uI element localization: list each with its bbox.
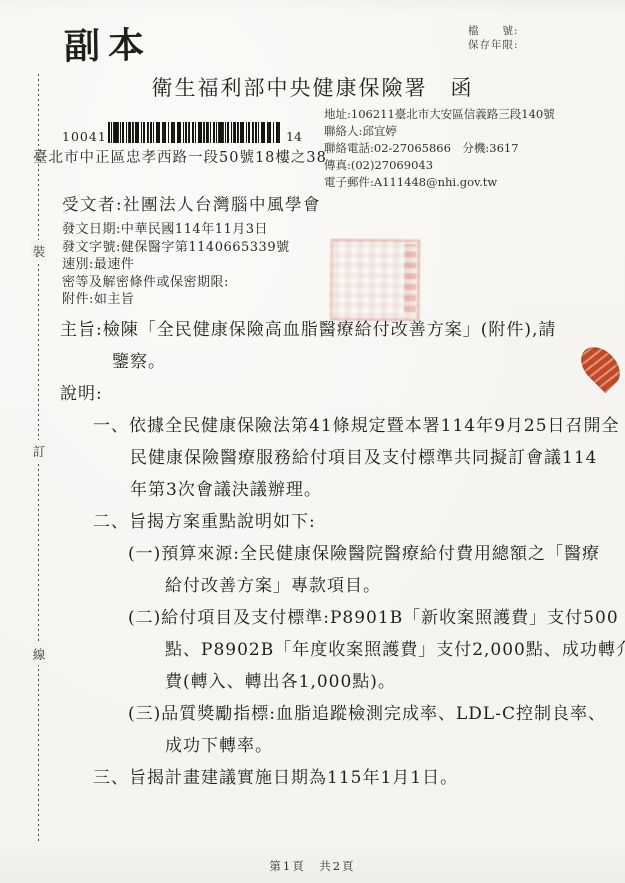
page-number-footer: 第1頁 共2頁 — [0, 858, 625, 874]
scanned-letter-page: 裝 訂 線 副本 檔 號: 保存年限: 衛生福利部中央健康保險署 函 地址:10… — [0, 0, 625, 883]
document-meta-line: 發文日期:中華民國114年11月3日 — [62, 221, 290, 239]
document-title: 衛生福利部中央健康保險署 函 — [0, 72, 625, 102]
body-line: 費(轉入、轉出各1,000點)。 — [165, 666, 625, 698]
body-line: (一)預算來源:全民健康保險醫院醫療給付費用總額之「醫療 — [128, 538, 625, 570]
body-lines: 主旨:檢陳「全民健康保險高血脂醫療給付改善方案」(附件),請鑒察。說明:一、依據… — [0, 314, 625, 794]
sender-contact-line: 地址:106211臺北市大安區信義路三段140號 — [324, 106, 555, 123]
body-line: (三)品質獎勵指標:血脂追蹤檢測完成率、LDL-C控制良率、 — [128, 698, 625, 730]
retention-period-label: 保存年限: — [468, 38, 519, 52]
document-meta-line: 附件:如主旨 — [62, 291, 290, 309]
sender-contact-block: 地址:106211臺北市大安區信義路三段140號聯絡人:邱宜婷聯絡電話:02-2… — [324, 106, 555, 191]
document-meta-block: 發文日期:中華民國114年11月3日發文字號:健保醫字第1140665339號速… — [62, 221, 290, 309]
recipient-mailing-address: 臺北市中正區忠孝西路一段50號18樓之38 — [33, 146, 327, 167]
mail-barcode — [108, 122, 280, 143]
sender-contact-line: 聯絡電話:02-27065866 分機:3617 — [324, 140, 555, 157]
body-line: 二、旨揭方案重點說明如下: — [93, 506, 625, 538]
document-meta-line: 速別:最速件 — [62, 256, 290, 274]
body-line: 一、依據全民健康保險法第41條規定暨本署114年9月25日召開全 — [93, 410, 625, 442]
body-line: 三、旨揭計畫建議實施日期為115年1月1日。 — [93, 762, 625, 794]
body-line: 給付改善方案」專款項目。 — [165, 570, 625, 602]
copy-label: 副本 — [64, 17, 153, 70]
barcode-suffix: 14 — [286, 129, 302, 144]
sender-contact-line: 電子郵件:A111448@nhi.gov.tw — [324, 174, 555, 191]
body-line: 說明: — [60, 378, 625, 410]
document-meta-line: 密等及解密條件或保密期限: — [62, 274, 290, 292]
body-line: 年第3次會議決議辦理。 — [130, 474, 625, 506]
binding-mark-zhuang: 裝 — [31, 240, 47, 262]
sender-contact-line: 聯絡人:邱宜婷 — [324, 123, 555, 140]
official-seal-faint-stamp — [330, 239, 421, 322]
body-line: 成功下轉率。 — [165, 730, 625, 762]
sender-contact-line: 傳真:(02)27069043 — [324, 157, 555, 174]
zip-code: 10041 — [62, 129, 107, 144]
body-line: 鑒察。 — [112, 346, 625, 378]
body-line: 點、P8902B「年度收案照護費」支付2,000點、成功轉介 — [165, 634, 625, 666]
body-line: (二)給付項目及支付標準:P8901B「新收案照護費」支付500 — [128, 602, 625, 634]
body-line: 主旨:檢陳「全民健康保險高血脂醫療給付改善方案」(附件),請 — [60, 314, 625, 346]
recipient-line: 受文者:社團法人台灣腦中風學會 — [62, 191, 321, 215]
document-meta-line: 發文字號:健保醫字第1140665339號 — [62, 239, 290, 257]
file-number-label: 檔 號: — [468, 24, 519, 38]
file-number-block: 檔 號: 保存年限: — [468, 24, 519, 52]
body-line: 民健康保險醫療服務給付項目及支付標準共同擬訂會議114 — [130, 442, 625, 474]
